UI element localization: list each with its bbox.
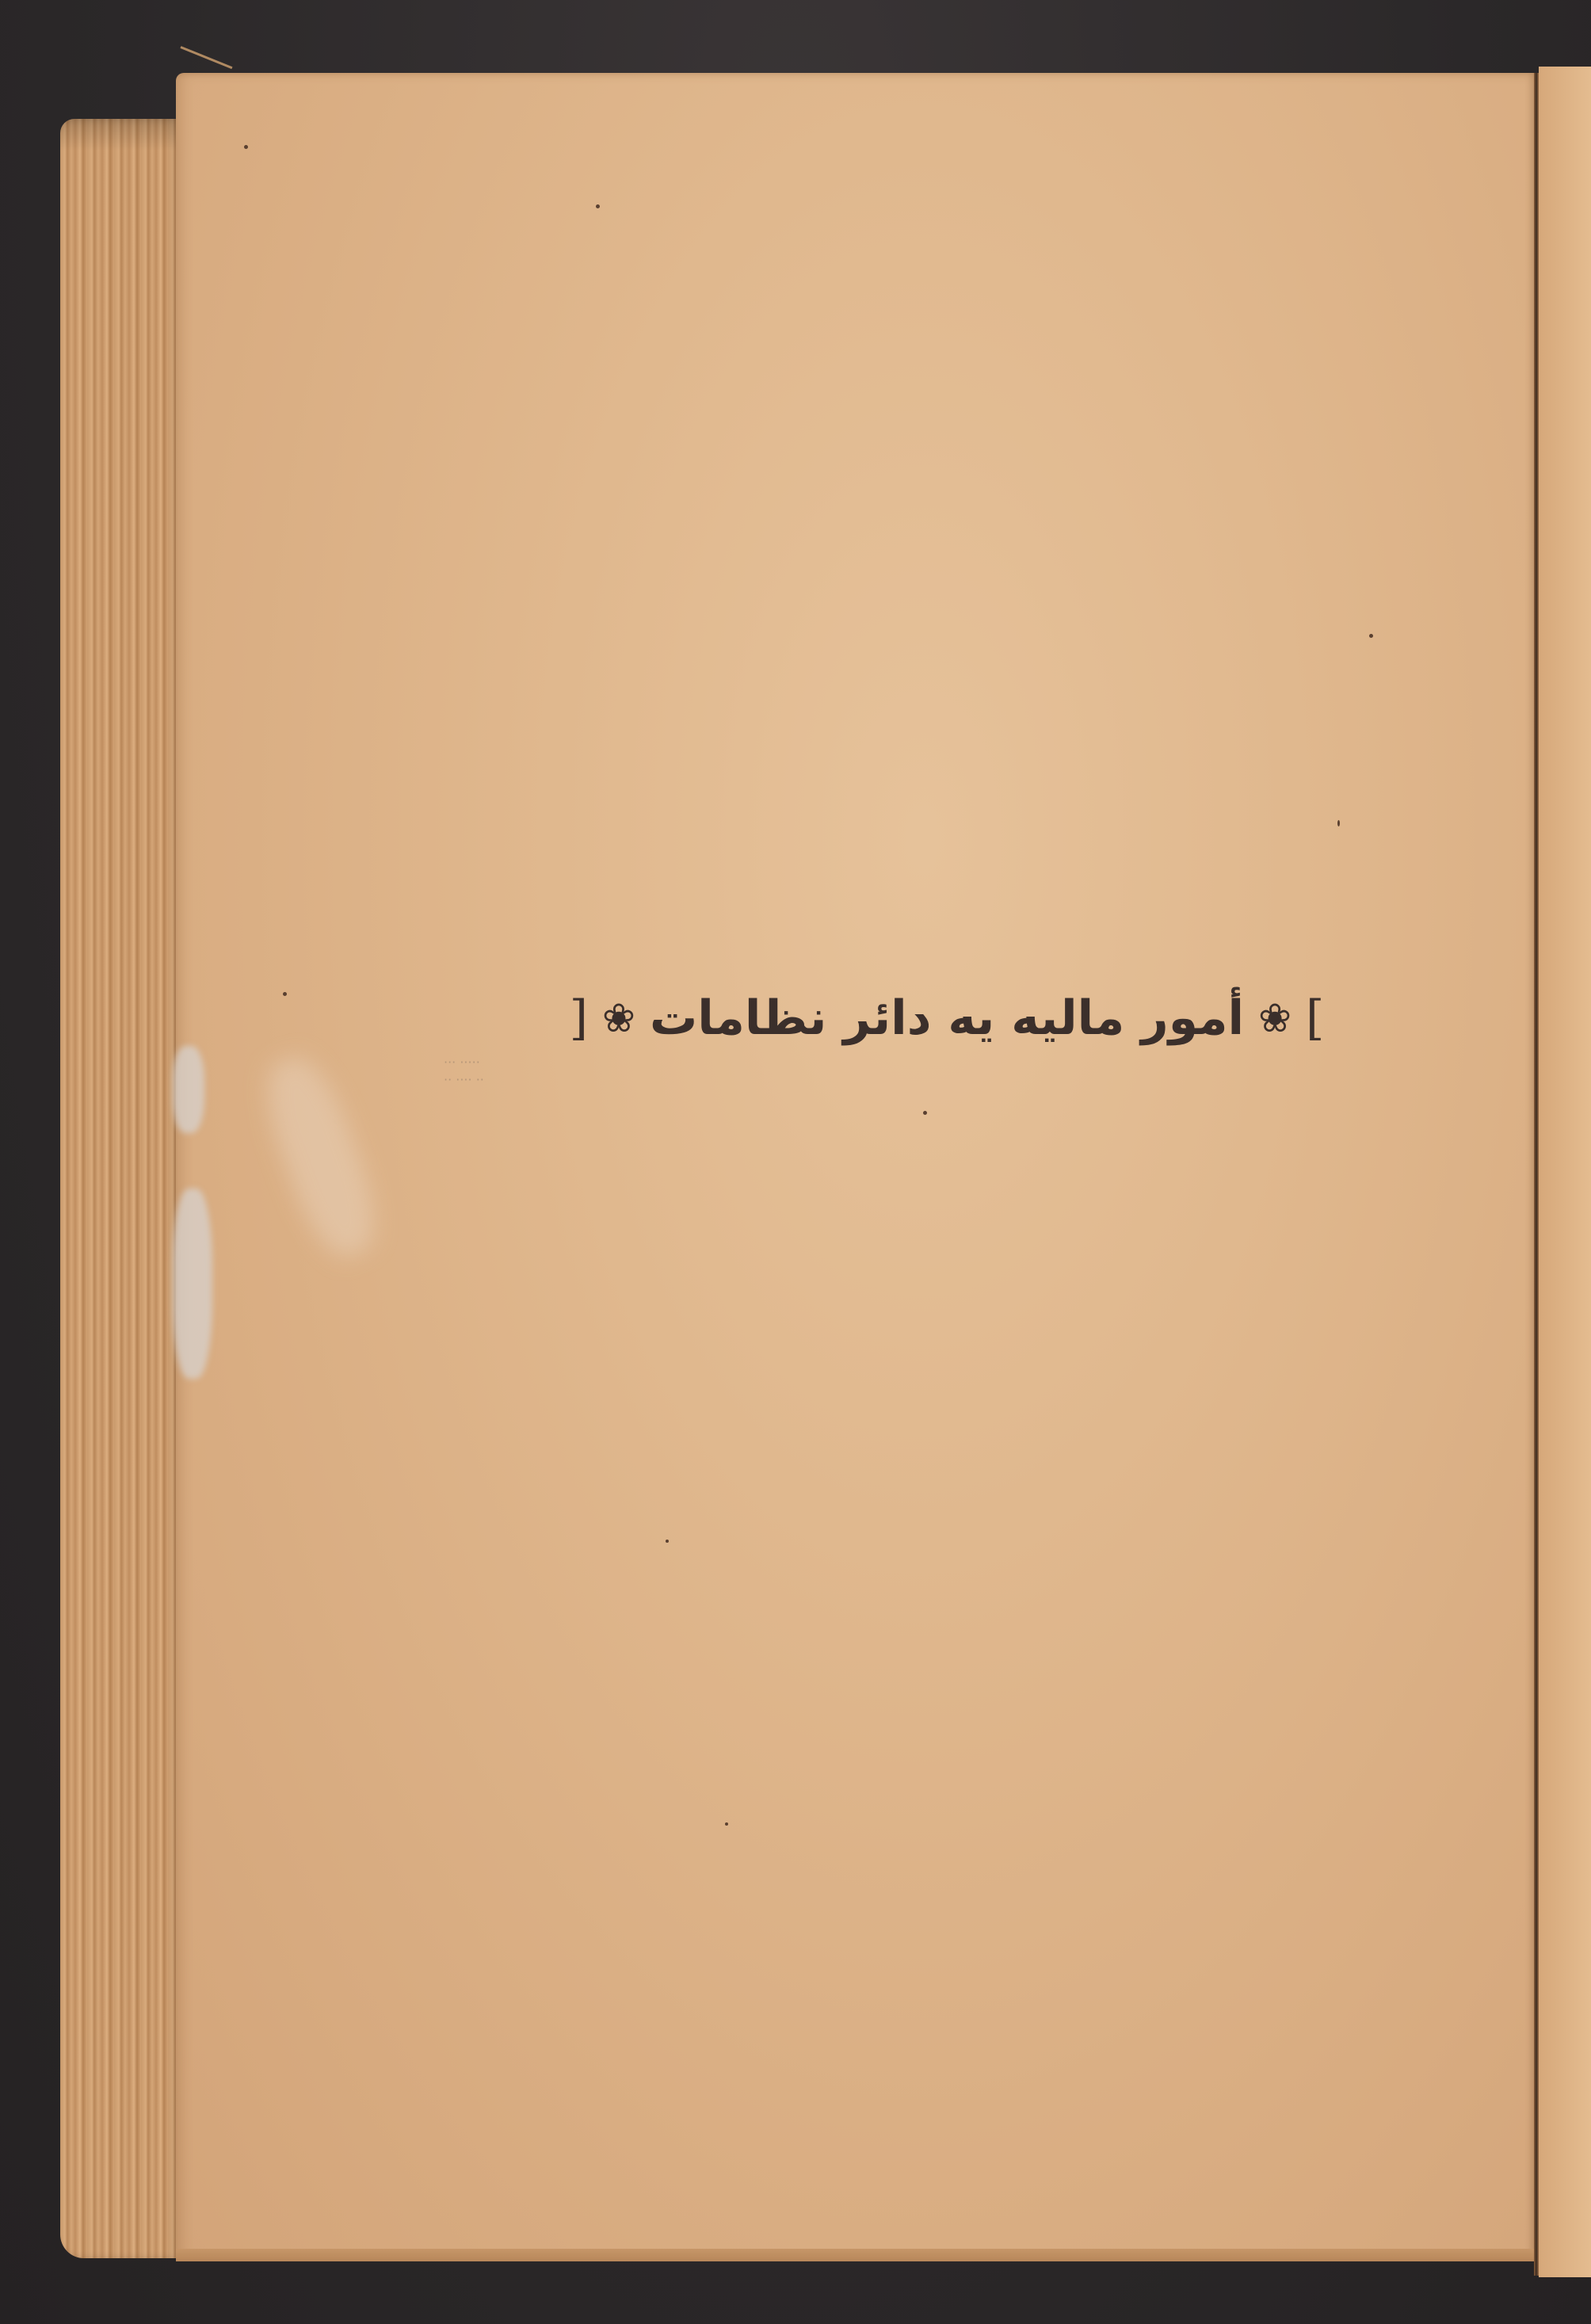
- paper-wear-patch: [173, 1189, 212, 1379]
- stacked-page-edges: [60, 119, 179, 2258]
- show-through-line: ··· ·····: [444, 1054, 484, 1071]
- title-bracket-right: ]: [1306, 994, 1324, 1042]
- book-page: [176, 73, 1534, 2260]
- floral-ornament-icon: ❀: [1258, 998, 1291, 1038]
- floral-ornament-icon: ❀: [602, 998, 635, 1038]
- title-text: أمور ماليه يه دائر نظامات: [650, 990, 1244, 1046]
- section-title: ] ❀ أمور ماليه يه دائر نظامات ❀ [: [689, 975, 1204, 1062]
- show-through-line: ·· ···· ··: [444, 1071, 484, 1089]
- page-bottom-edge: [176, 2249, 1534, 2261]
- facing-page-edge: [1539, 67, 1591, 2277]
- paper-wear-patch: [173, 1046, 204, 1133]
- show-through-marks: ··· ····· ·· ···· ··: [444, 1054, 484, 1089]
- title-bracket-left: [: [570, 994, 588, 1042]
